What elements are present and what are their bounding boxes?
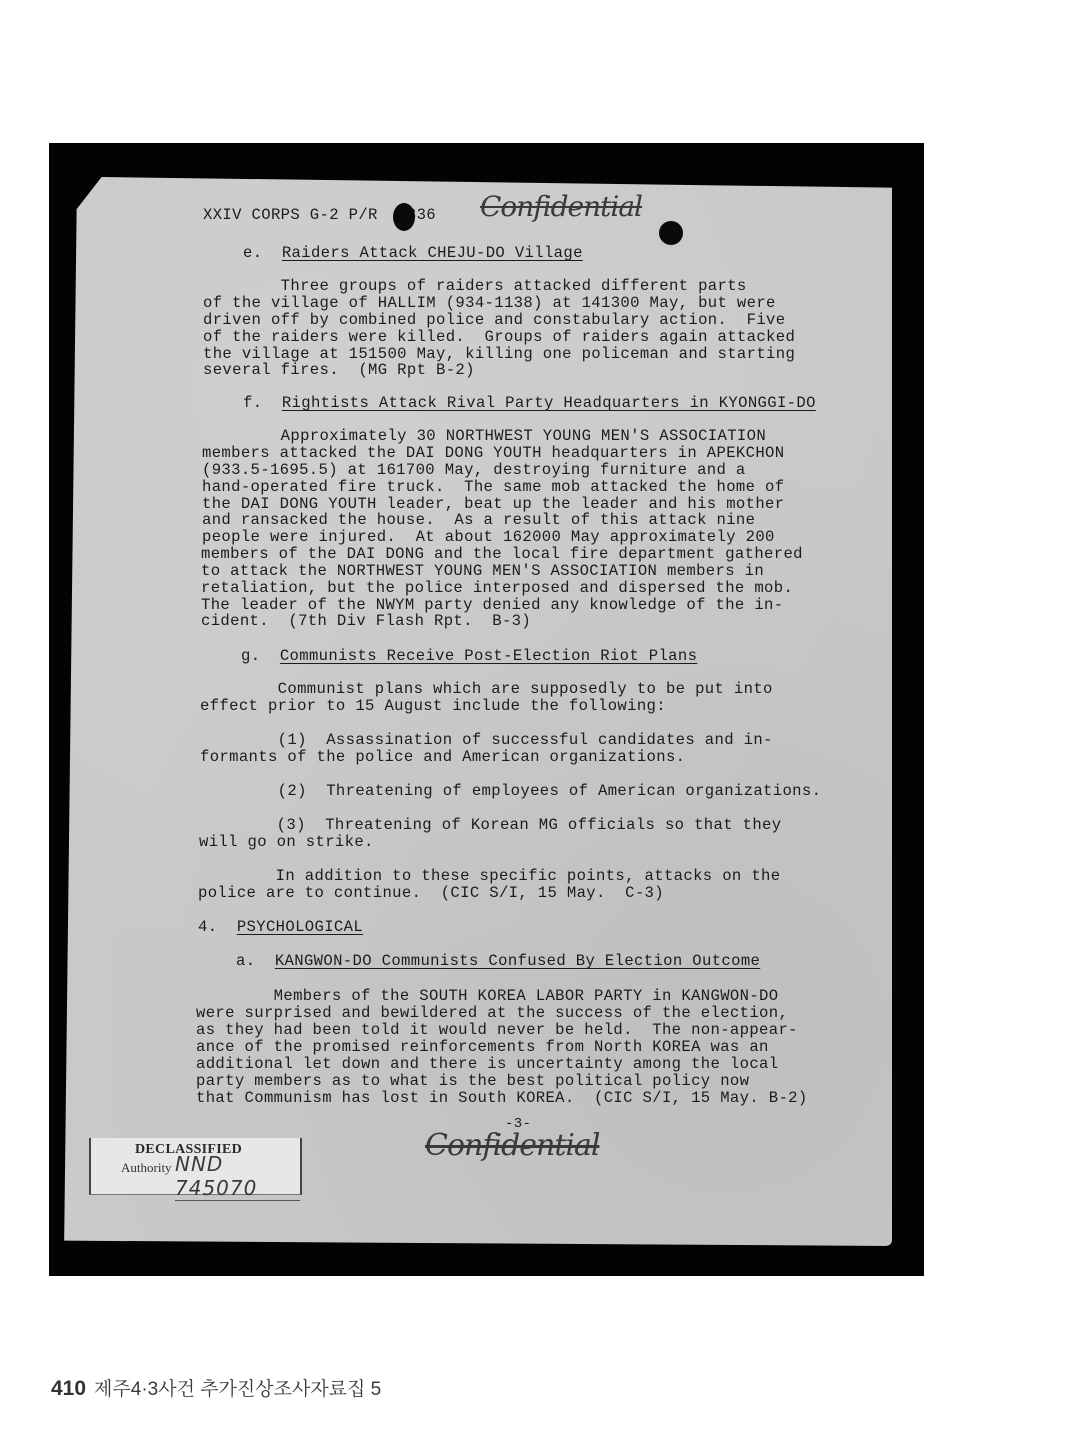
confidential-handwritten-top: Confidential bbox=[480, 190, 642, 223]
section-f-line: cident. (7th Div Flash Rpt. B-3) bbox=[201, 613, 531, 630]
section-g-intro: Communist plans which are supposedly to … bbox=[200, 681, 773, 698]
authority-label: Authority bbox=[121, 1160, 172, 1176]
section-f-line: Approximately 30 NORTHWEST YOUNG MEN'S A… bbox=[203, 428, 766, 445]
section-f-line: and ransacked the house. As a result of … bbox=[202, 512, 755, 529]
part-4a-line: as they had been told it would never be … bbox=[196, 1022, 798, 1039]
plan-item-2: (2) Threatening of employees of American… bbox=[200, 783, 821, 800]
section-f-line: members of the DAI DONG and the local fi… bbox=[201, 546, 803, 563]
page-footer: 410제주4·3사건 추가진상조사자료집 5 bbox=[51, 1374, 381, 1401]
part-4a-line: additional let down and there is uncerta… bbox=[196, 1056, 778, 1073]
confidential-handwritten-bottom: Confidential bbox=[425, 1128, 599, 1163]
section-g-closing: In addition to these specific points, at… bbox=[198, 868, 780, 885]
authority-value: NND 745070 bbox=[175, 1152, 300, 1201]
plan-item-1: formants of the police and American orga… bbox=[200, 749, 685, 766]
section-f-line: (933.5-1695.5) at 161700 May, destroying… bbox=[202, 462, 746, 479]
part-4a-line: party members as to what is the best pol… bbox=[196, 1073, 749, 1090]
section-f-line: hand-operated fire truck. The same mob a… bbox=[202, 479, 784, 496]
section-e-line: Three groups of raiders attacked differe… bbox=[203, 278, 747, 295]
section-f-line: members attacked the DAI DONG YOUTH head… bbox=[202, 445, 784, 462]
part-4a-line: that Communism has lost in South KOREA. … bbox=[196, 1090, 808, 1107]
part-4a-line: ance of the promised reinforcements from… bbox=[196, 1039, 769, 1056]
section-g-intro: effect prior to 15 August include the fo… bbox=[200, 698, 666, 715]
part-4a-heading: a. KANGWON-DO Communists Confused By Ele… bbox=[236, 953, 760, 970]
section-e-line: of the raiders were killed. Groups of ra… bbox=[203, 329, 795, 346]
section-e-heading: e. Raiders Attack CHEJU-DO Village bbox=[243, 245, 583, 262]
section-g-closing: police are to continue. (CIC S/I, 15 May… bbox=[198, 885, 664, 902]
section-g-heading: g. Communists Receive Post-Election Riot… bbox=[241, 648, 697, 665]
section-f-heading: f. Rightists Attack Rival Party Headquar… bbox=[243, 395, 816, 412]
plan-item-1: (1) Assassination of successful candidat… bbox=[200, 732, 773, 749]
section-f-line: people were injured. At about 162000 May… bbox=[202, 529, 775, 546]
declassified-stamp: DECLASSIFIED Authority NND 745070 bbox=[89, 1138, 302, 1195]
section-f-line: to attack the NORTHWEST YOUNG MEN'S ASSO… bbox=[201, 563, 764, 580]
section-e-line: driven off by combined police and consta… bbox=[203, 312, 785, 329]
section-e-line: several fires. (MG Rpt B-2) bbox=[203, 362, 475, 379]
part-4a-line: were surprised and bewildered at the suc… bbox=[196, 1005, 788, 1022]
part-4-heading: 4. PSYCHOLOGICAL bbox=[198, 919, 363, 936]
section-f-line: retaliation, but the police interposed a… bbox=[201, 580, 793, 597]
ink-blot bbox=[659, 221, 683, 245]
page-number: 410 bbox=[51, 1377, 86, 1400]
part-4a-line: Members of the SOUTH KOREA LABOR PARTY i… bbox=[196, 988, 778, 1005]
plan-item-3: (3) Threatening of Korean MG officials s… bbox=[199, 817, 781, 834]
book-title: 제주4·3사건 추가진상조사자료집 5 bbox=[94, 1379, 381, 1400]
section-e-line: of the village of HALLIM (934-1138) at 1… bbox=[203, 295, 776, 312]
plan-item-3: will go on strike. bbox=[199, 834, 374, 851]
ink-blot bbox=[393, 203, 415, 231]
